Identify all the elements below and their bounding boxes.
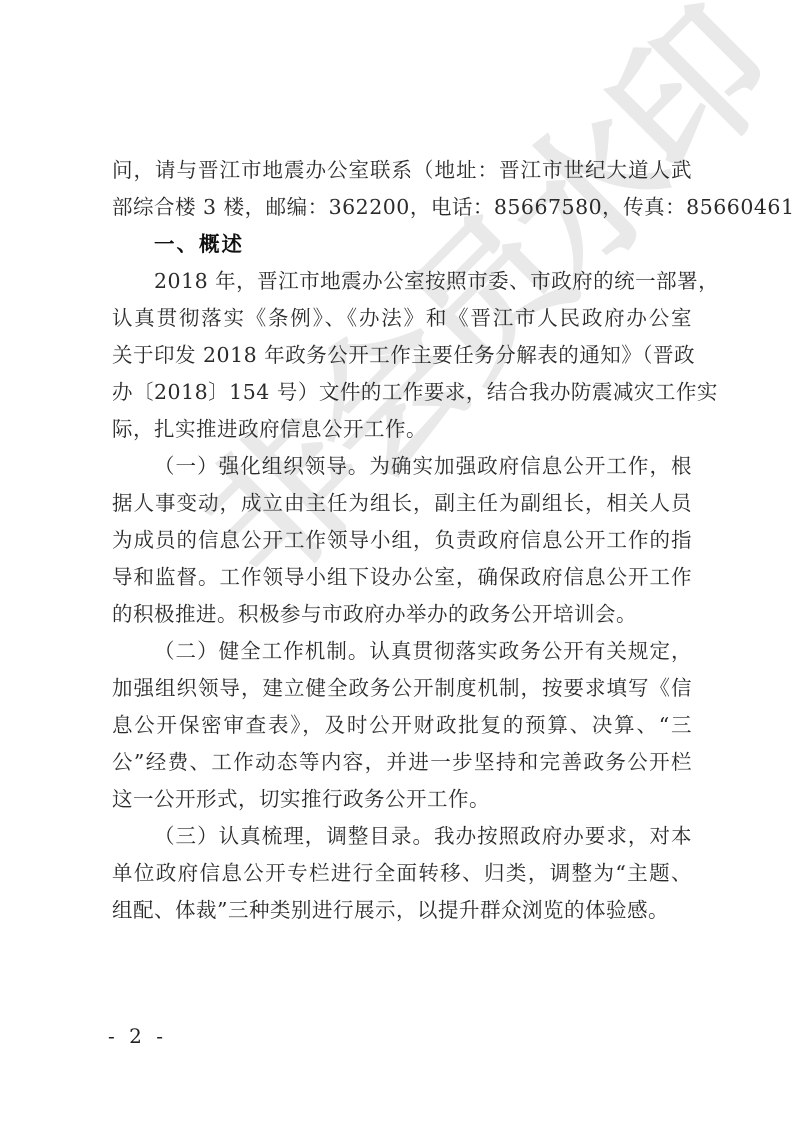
- text-line: 为成员的信息公开工作领导小组，负责政府信息公开工作的指: [112, 522, 692, 559]
- item-2-paragraph: （二）健全工作机制。认真贯彻落实政务公开有关规定， 加强组织领导，建立健全政务公…: [112, 633, 692, 818]
- text-line: （一）强化组织领导。为确实加强政府信息公开工作，根: [112, 448, 692, 485]
- text-line: 公”经费、工作动态等内容，并进一步坚持和完善政务公开栏: [112, 744, 692, 781]
- text-line: 组配、体裁”三种类别进行展示，以提升群众浏览的体验感。: [112, 892, 692, 929]
- text-line: 息公开保密审查表》，及时公开财政批复的预算、决算、“三: [112, 707, 692, 744]
- text-line: 加强组织领导，建立健全政务公开制度机制，按要求填写《信: [112, 670, 692, 707]
- text-line: （二）健全工作机制。认真贯彻落实政务公开有关规定，: [112, 633, 692, 670]
- overview-paragraph: 2018 年，晋江市地震办公室按照市委、市政府的统一部署， 认真贯彻落实《条例》…: [112, 263, 692, 448]
- text-line: 2018 年，晋江市地震办公室按照市委、市政府的统一部署，: [112, 263, 692, 300]
- item-1-paragraph: （一）强化组织领导。为确实加强政府信息公开工作，根 据人事变动，成立由主任为组长…: [112, 448, 692, 633]
- text-line: 这一公开形式，切实推行政务公开工作。: [112, 781, 692, 818]
- text-line: （三）认真梳理，调整目录。我办按照政府办要求，对本: [112, 818, 692, 855]
- text-line: 导和监督。工作领导小组下设办公室，确保政府信息公开工作: [112, 559, 692, 596]
- text-line: 办〔2018〕154 号）文件的工作要求，结合我办防震减灾工作实: [112, 374, 692, 411]
- document-page: 非会员水印 问，请与晋江市地震办公室联系（地址：晋江市世纪大道人武 部综合楼 3…: [0, 0, 793, 1122]
- text-line: 单位政府信息公开专栏进行全面转移、归类，调整为“主题、: [112, 855, 692, 892]
- text-line: 的积极推进。积极参与市政府办举办的政务公开培训会。: [112, 596, 692, 633]
- text-line: 际，扎实推进政府信息公开工作。: [112, 411, 692, 448]
- page-number: - 2 -: [108, 1024, 167, 1048]
- document-body: 问，请与晋江市地震办公室联系（地址：晋江市世纪大道人武 部综合楼 3 楼，邮编：…: [112, 152, 692, 929]
- text-line: 问，请与晋江市地震办公室联系（地址：晋江市世纪大道人武: [112, 152, 692, 189]
- item-3-paragraph: （三）认真梳理，调整目录。我办按照政府办要求，对本 单位政府信息公开专栏进行全面…: [112, 818, 692, 929]
- text-line: 据人事变动，成立由主任为组长，副主任为副组长，相关人员: [112, 485, 692, 522]
- text-line: 关于印发 2018 年政务公开工作主要任务分解表的通知》（晋政: [112, 337, 692, 374]
- text-line: 认真贯彻落实《条例》、《办法》和《晋江市人民政府办公室: [112, 300, 692, 337]
- text-line: 部综合楼 3 楼，邮编：362200，电话：85667580，传真：856604…: [112, 189, 692, 226]
- section-heading: 一、概述: [112, 226, 692, 263]
- contact-paragraph: 问，请与晋江市地震办公室联系（地址：晋江市世纪大道人武 部综合楼 3 楼，邮编：…: [112, 152, 692, 226]
